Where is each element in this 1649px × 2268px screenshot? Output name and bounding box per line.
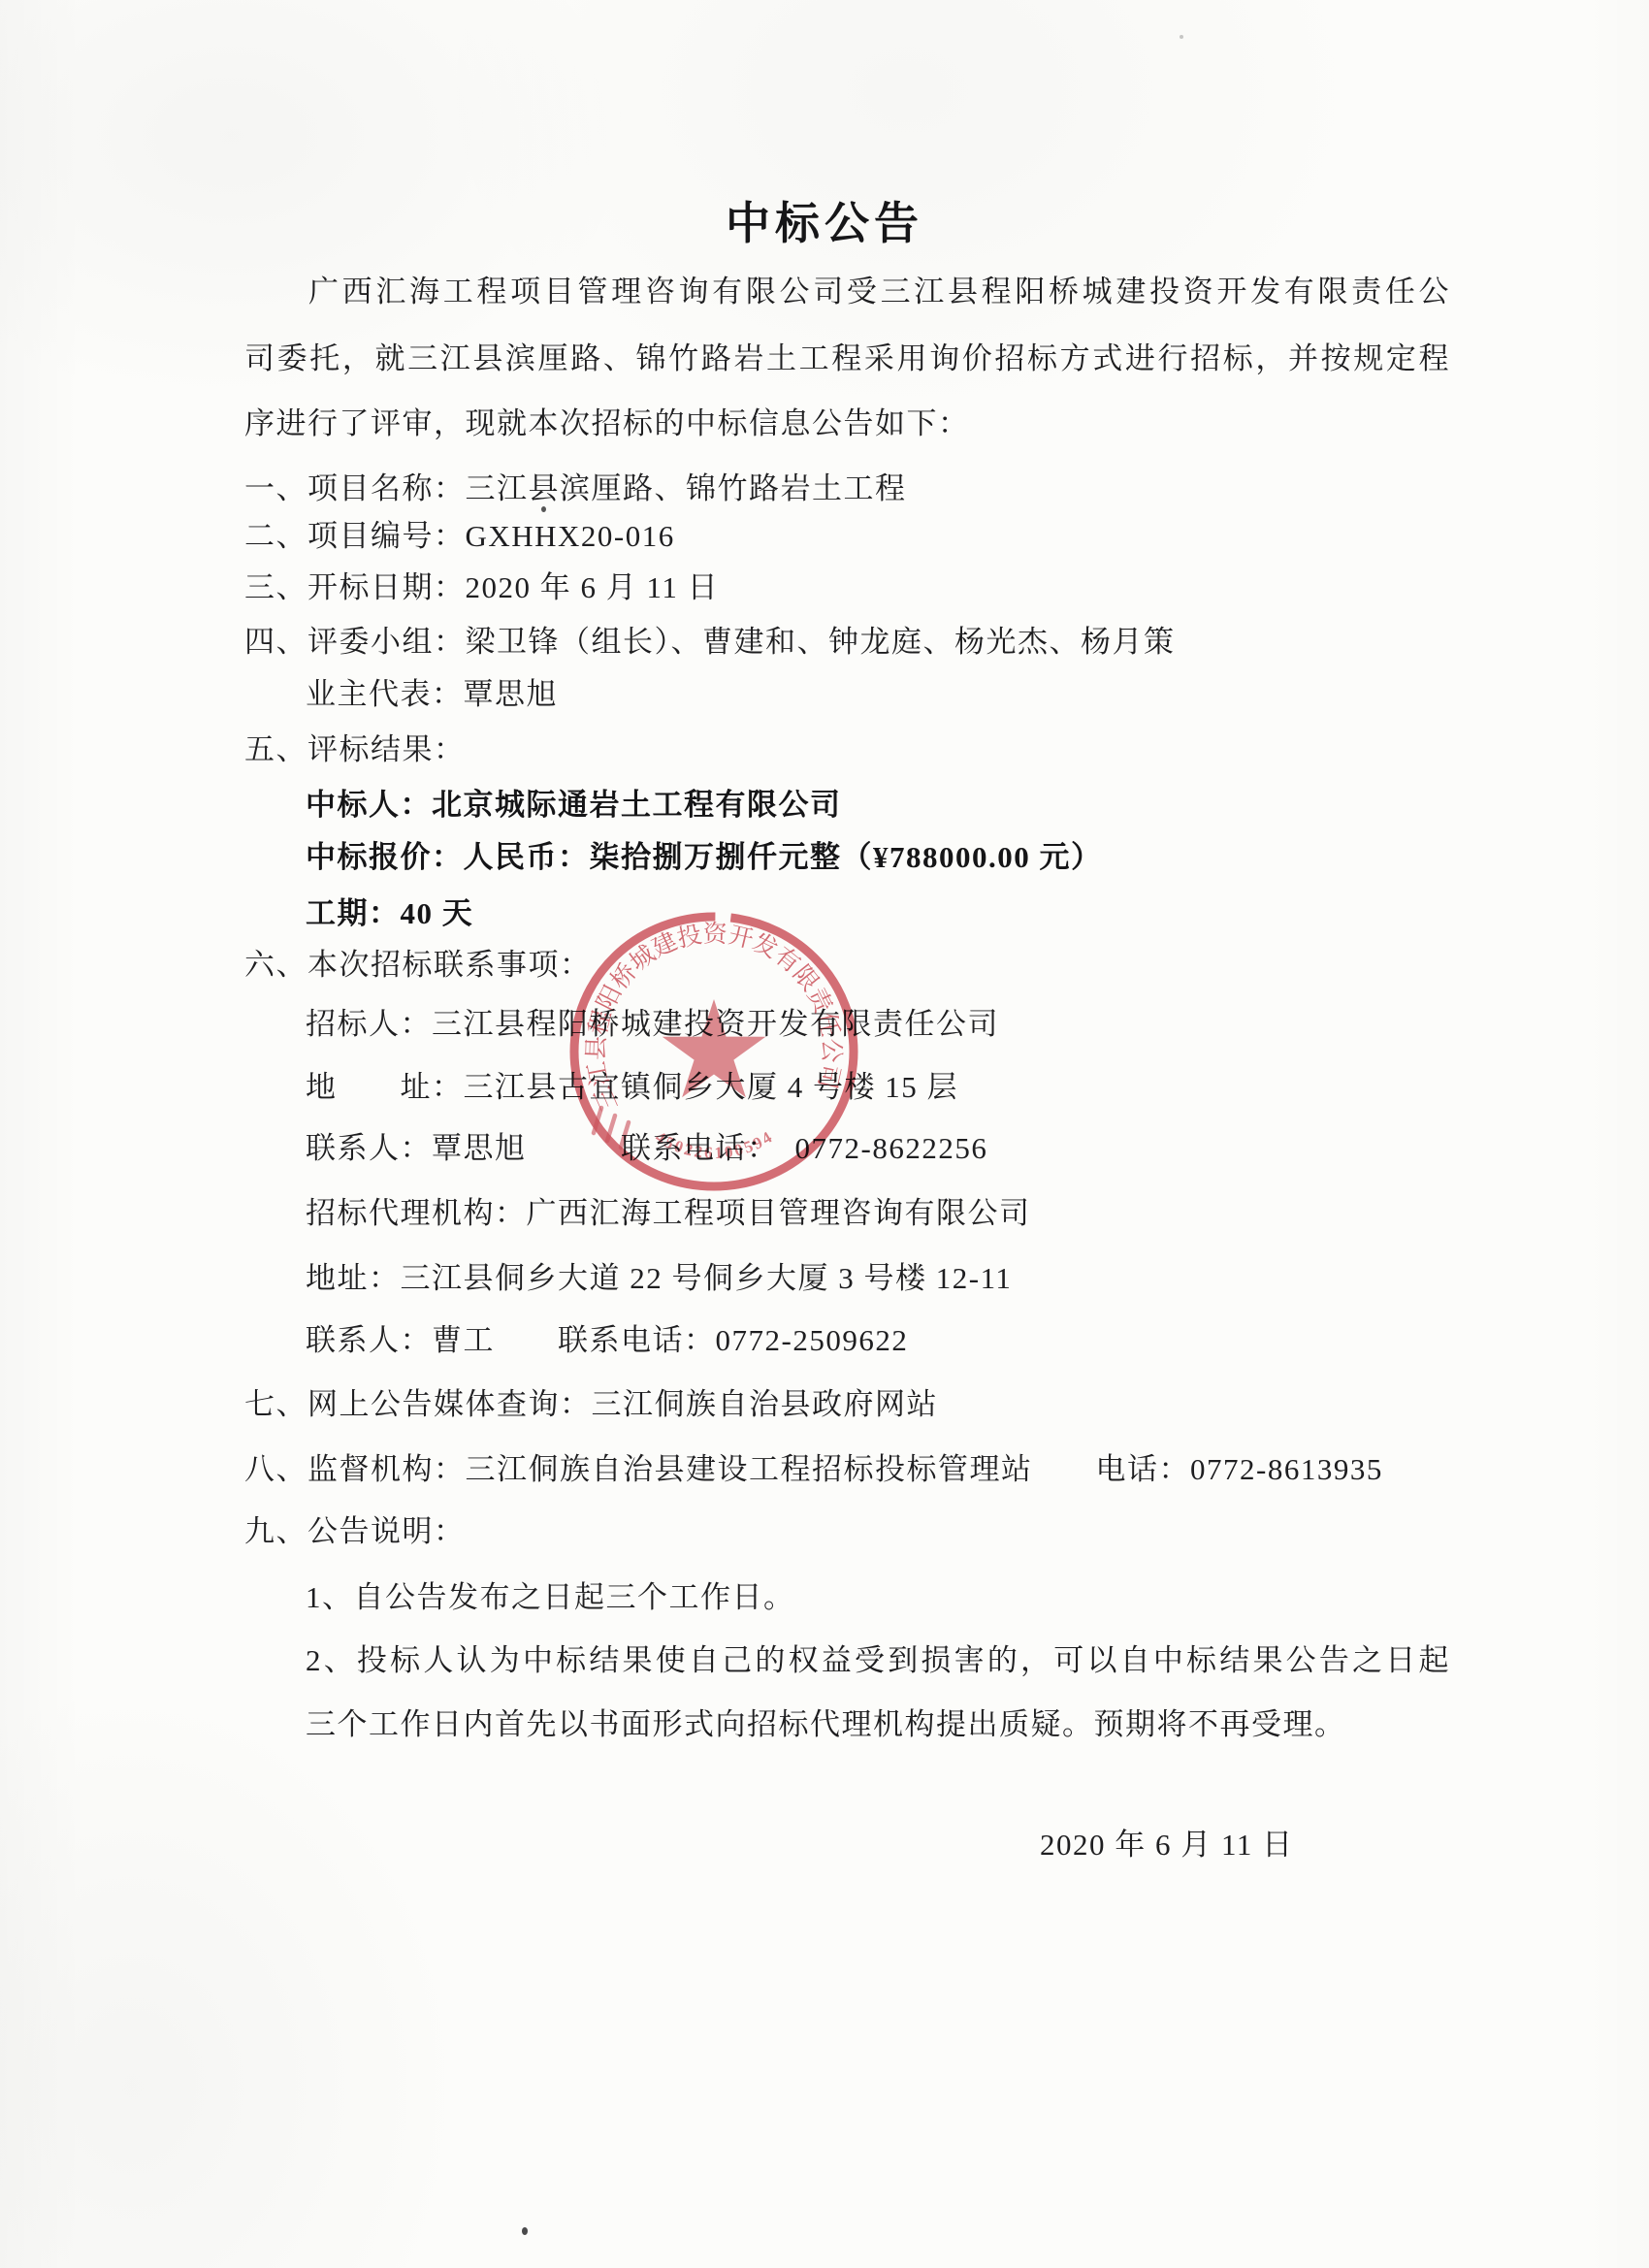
scanned-document-page: 中标公告 广西汇海工程项目管理咨询有限公司受三江县程阳桥城建投资开发有限责任公 … (0, 0, 1649, 2268)
owner-representative: 业主代表：覃思旭 (306, 677, 558, 713)
scan-speck (541, 506, 546, 512)
agency-address: 地址：三江县侗乡大道 22 号侗乡大厦 3 号楼 12-11 (306, 1261, 1012, 1297)
company-seal-stamp: 三江县程阳桥城建投资开发有限责任公司 450226100594 (565, 908, 863, 1195)
intro-line-2: 司委托，就三江县滨厘路、锦竹路岩土工程采用询价招标方式进行招标，并按规定程 (244, 341, 1450, 377)
agency-contact: 联系人：曹工 联系电话：0772-2509622 (306, 1323, 908, 1359)
winning-bidder: 中标人：北京城际通岩土工程有限公司 (306, 788, 842, 824)
item-project-name: 一、项目名称：三江县滨厘路、锦竹路岩土工程 (244, 471, 907, 507)
intro-line-3: 序进行了评审，现就本次招标的中标信息公告如下： (244, 406, 970, 442)
note-2-line-1: 2、投标人认为中标结果使自己的权益受到损害的，可以自中标结果公告之日起 (306, 1643, 1450, 1679)
construction-period: 工期：40 天 (306, 896, 473, 932)
announcement-date: 2020 年 6 月 11 日 (1040, 1828, 1294, 1863)
scan-speck (1180, 35, 1183, 39)
item-online-media: 七、网上公告媒体查询：三江侗族自治县政府网站 (244, 1387, 938, 1423)
seal-serial-number: 450226100594 (652, 1127, 777, 1163)
note-1: 1、自公告发布之日起三个工作日。 (306, 1580, 795, 1616)
item-evaluation-result: 五、评标结果： (244, 732, 466, 768)
agency-name: 招标代理机构：广西汇海工程项目管理咨询有限公司 (306, 1196, 1031, 1232)
winning-bid-price: 中标报价：人民币：柒拾捌万捌仟元整（¥788000.00 元） (306, 840, 1103, 876)
item-project-number: 二、项目编号：GXHHX20-016 (244, 519, 675, 555)
page-title: 中标公告 (0, 188, 1649, 252)
note-2-line-2: 三个工作日内首先以书面形式向招标代理机构提出质疑。预期将不再受理。 (306, 1707, 1346, 1743)
item-contact-matters: 六、本次招标联系事项： (244, 948, 592, 984)
item-evaluation-committee: 四、评委小组：梁卫锋（组长）、曹建和、钟龙庭、杨光杰、杨月策 (244, 625, 1176, 661)
item-supervision-org: 八、监督机构：三江侗族自治县建设工程招标投标管理站 电话：0772-861393… (244, 1452, 1383, 1488)
intro-line-1: 广西汇海工程项目管理咨询有限公司受三江县程阳桥城建投资开发有限责任公 (244, 275, 1450, 310)
scan-speck (522, 2227, 528, 2235)
item-announcement-notes: 九、公告说明： (244, 1514, 466, 1550)
item-bid-opening-date: 三、开标日期：2020 年 6 月 11 日 (244, 570, 719, 606)
seal-star-icon (663, 999, 766, 1097)
